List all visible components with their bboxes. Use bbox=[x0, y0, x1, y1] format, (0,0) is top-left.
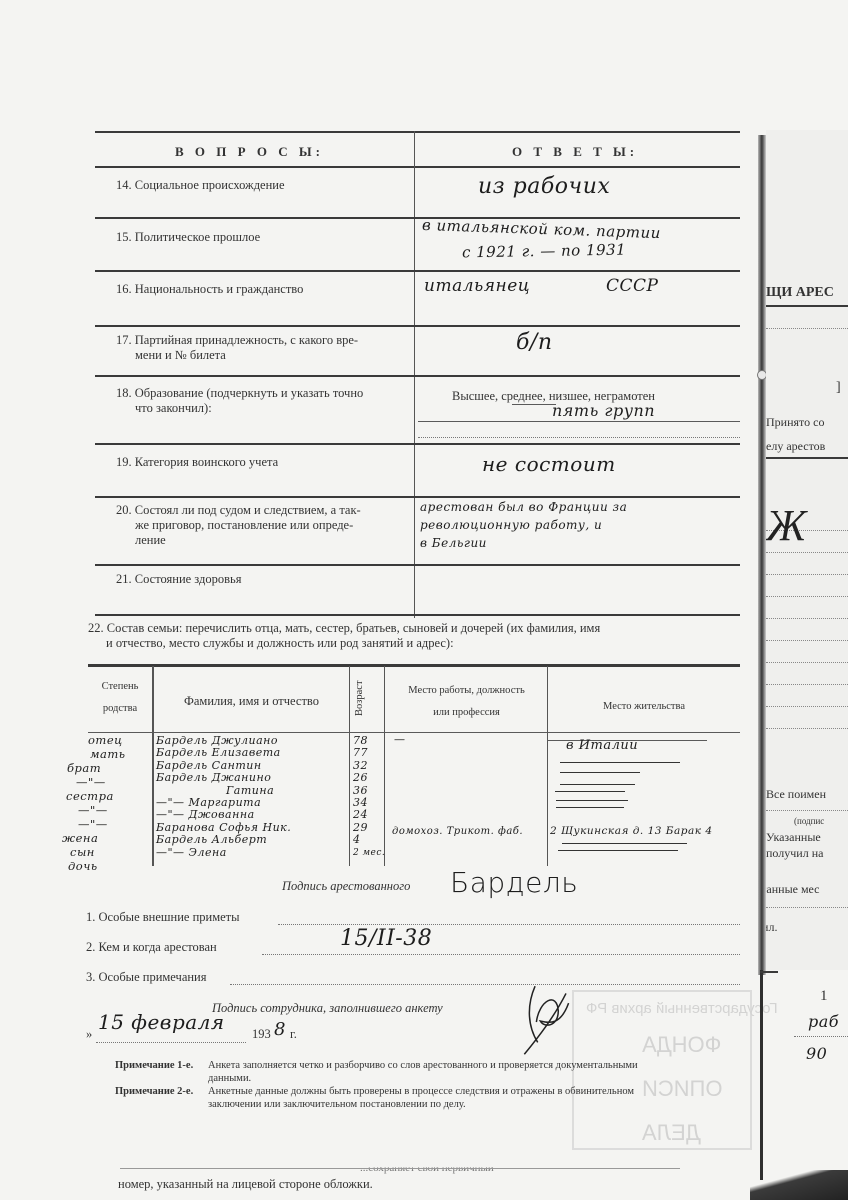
question-14: 14. Социальное происхождение bbox=[116, 178, 406, 193]
binding-spine bbox=[758, 135, 766, 975]
family-row-name: —"— Элена bbox=[156, 847, 291, 859]
page-corner-shadow bbox=[750, 1170, 848, 1200]
answer-16-nationality: итальянец bbox=[424, 276, 530, 296]
adjacent-page-signature: Ж bbox=[766, 500, 807, 551]
adjacent-page: ЩИ АРЕС ] Принято со елу арестов Ж Все п… bbox=[766, 130, 848, 970]
ditto-mark bbox=[560, 762, 680, 763]
page-number: 1 bbox=[820, 988, 828, 1005]
family-row-relation: —"— bbox=[62, 817, 126, 831]
ditto-mark bbox=[560, 784, 635, 785]
field-arrested-by-value: 15/II-38 bbox=[340, 926, 432, 951]
family-row-name: —"— Джованна bbox=[156, 809, 291, 821]
divider bbox=[95, 270, 740, 272]
answer-19: не состоит bbox=[482, 452, 616, 476]
family-name-column: Бардель Джулиано Бардель Елизавета Барде… bbox=[156, 735, 291, 859]
family-header-bottom bbox=[88, 732, 740, 733]
binding-spine-lower bbox=[760, 970, 763, 1180]
officer-signature-label: Подпись сотрудника, заполнившего анкету bbox=[212, 1001, 443, 1016]
col-divider bbox=[547, 666, 548, 866]
family-row-age: 2 мес. bbox=[353, 847, 385, 859]
field-special-notes-label: 3. Особые примечания bbox=[86, 970, 207, 985]
ditto-mark bbox=[556, 807, 624, 808]
answers-header: О Т В Е Т Ы: bbox=[512, 144, 638, 160]
answer-17: б/п bbox=[516, 330, 553, 355]
ditto-mark bbox=[558, 850, 678, 851]
divider bbox=[95, 375, 740, 377]
note-1-text: Анкета заполняется четко и разборчиво со… bbox=[208, 1059, 638, 1085]
adjacent-handwriting-2: 90 bbox=[806, 1044, 827, 1063]
answer-15-line2: с 1921 г. — по 1931 bbox=[462, 241, 626, 262]
divider bbox=[95, 614, 740, 616]
question-16: 16. Национальность и гражданство bbox=[116, 282, 406, 297]
col-header-age: Возраст bbox=[354, 680, 365, 716]
col-header-residence: Место жительства bbox=[549, 696, 739, 718]
family-row-relation: сестра bbox=[62, 789, 126, 803]
divider bbox=[95, 217, 740, 219]
question-17: 17. Партийная принадлежность, с какого в… bbox=[116, 333, 406, 363]
date-year-hand: 8 bbox=[274, 1019, 286, 1040]
question-18: 18. Образование (подчеркнуть и указать т… bbox=[116, 386, 406, 416]
adjacent-handwriting-1: раб bbox=[808, 1012, 839, 1031]
divider bbox=[95, 564, 740, 566]
question-20: 20. Состоял ли под судом и следствием, а… bbox=[116, 503, 406, 548]
field-arrested-by-line bbox=[262, 954, 740, 955]
date-year-printed: 193 bbox=[252, 1027, 271, 1042]
family-row-residence: 2 Щукинская д. 13 Барак 4 bbox=[550, 825, 713, 837]
date-day-month: 15 февраля bbox=[98, 1010, 225, 1034]
family-row-relation: —"— bbox=[62, 803, 126, 817]
note-2-text: Анкетные данные должны быть проверены в … bbox=[208, 1085, 634, 1111]
field-distinguishing-features-line bbox=[278, 924, 740, 925]
spine-tick bbox=[760, 971, 778, 973]
family-row-name: Бардель Джанино bbox=[156, 772, 291, 784]
family-row-work: — bbox=[394, 733, 406, 746]
education-underline bbox=[512, 404, 556, 405]
divider bbox=[95, 325, 740, 327]
form-top-border bbox=[95, 131, 740, 133]
family-row-residence: в Италии bbox=[566, 738, 638, 753]
ditto-mark bbox=[556, 800, 628, 801]
answer-20-line3: в Бельгии bbox=[420, 536, 487, 550]
family-row-relation: жена bbox=[62, 831, 126, 845]
date-suffix: г. bbox=[290, 1027, 297, 1042]
col-header-work: Место работы, должность или профессия bbox=[386, 680, 547, 724]
question-19: 19. Категория воинского учета bbox=[116, 455, 406, 470]
family-row-name: Бардель Елизавета bbox=[156, 747, 291, 759]
document-page: В О П Р О С Ы: О Т В Е Т Ы: 14. Социальн… bbox=[0, 0, 848, 1200]
family-row-age: 4 bbox=[353, 834, 385, 846]
family-row-relation: —"— bbox=[62, 775, 126, 789]
divider bbox=[95, 443, 740, 445]
answer-line bbox=[418, 421, 740, 422]
answer-14: из рабочих bbox=[478, 174, 610, 199]
answer-20-line2: революционную работу, и bbox=[420, 518, 602, 532]
family-row-relation: брат bbox=[62, 761, 126, 775]
divider bbox=[95, 166, 740, 168]
date-open-quote: » bbox=[86, 1027, 92, 1042]
answer-18: пять групп bbox=[552, 401, 655, 420]
family-row-relation: дочь bbox=[62, 859, 126, 873]
family-relation-column: отец мать брат —"— сестра —"— —"— жена с… bbox=[62, 733, 126, 873]
footer-fold-edge bbox=[120, 1168, 680, 1169]
field-distinguishing-features-label: 1. Особые внешние приметы bbox=[86, 910, 240, 925]
family-row-age: 26 bbox=[353, 772, 385, 784]
answer-16-citizenship: СССР bbox=[606, 276, 658, 296]
signature-arrested-label: Подпись арестованного bbox=[282, 879, 410, 894]
officer-signature bbox=[505, 974, 583, 1066]
question-15: 15. Политическое прошлое bbox=[116, 230, 406, 245]
family-row-relation: мать bbox=[62, 747, 126, 761]
family-table-top bbox=[88, 664, 740, 667]
col-header-name: Фамилия, имя и отчество bbox=[154, 690, 349, 712]
family-row-relation: сын bbox=[62, 845, 126, 859]
date-line bbox=[96, 1042, 246, 1043]
family-row-work: домохоз. Трикот. фаб. bbox=[392, 826, 523, 837]
note-2: Примечание 2-е. bbox=[115, 1085, 193, 1098]
family-row-relation: отец bbox=[62, 733, 126, 747]
ditto-mark bbox=[555, 791, 625, 792]
signature-arrested: Бардель bbox=[450, 866, 578, 899]
answer-line bbox=[418, 437, 740, 438]
signature-scribble-icon bbox=[505, 974, 581, 1057]
question-21: 21. Состояние здоровья bbox=[116, 572, 406, 587]
divider bbox=[95, 496, 740, 498]
col-header-relation: Степень родства bbox=[88, 676, 152, 720]
answer-15-line1: в итальянской ком. партии bbox=[422, 216, 661, 242]
family-age-column: 78 77 32 26 36 34 24 29 4 2 мес. bbox=[353, 735, 385, 859]
footer-text: номер, указанный на лицевой стороне обло… bbox=[118, 1177, 373, 1192]
field-special-notes-line bbox=[230, 984, 740, 985]
note-1: Примечание 1-е. bbox=[115, 1059, 193, 1072]
answer-20-line1: арестован был во Франции за bbox=[420, 500, 627, 514]
field-arrested-by-label: 2. Кем и когда арестован bbox=[86, 940, 217, 955]
family-row-age: 77 bbox=[353, 747, 385, 759]
col-divider bbox=[349, 666, 350, 866]
ditto-mark bbox=[562, 843, 687, 844]
family-row-age: 24 bbox=[353, 809, 385, 821]
family-row-name: Бардель Альберт bbox=[156, 834, 291, 846]
ditto-mark bbox=[560, 772, 640, 773]
family-section-title: 22. Состав семьи: перечислить отца, мать… bbox=[88, 621, 600, 651]
questions-header: В О П Р О С Ы: bbox=[175, 144, 324, 160]
